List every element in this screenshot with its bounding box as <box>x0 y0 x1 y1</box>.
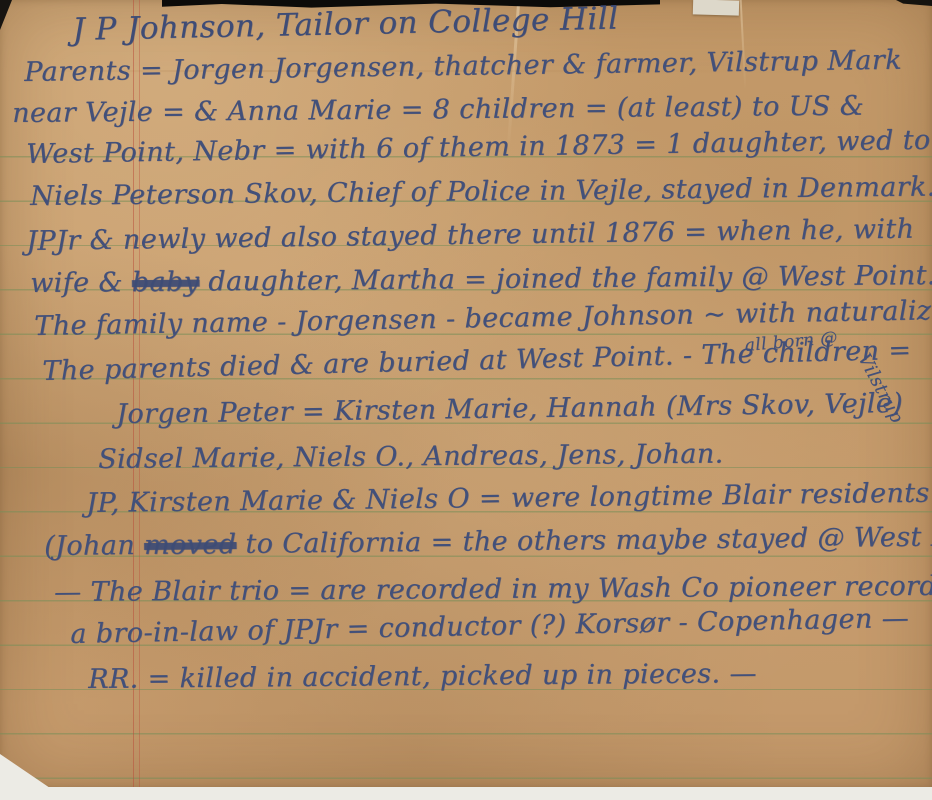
handwritten-line-13: — The Blair trio = are recorded in my Wa… <box>54 571 932 608</box>
scan-edge-bottom <box>0 787 932 800</box>
scanned-handwritten-note: J P Johnson, Tailor on College Hill Pare… <box>0 0 932 800</box>
handwritten-line-10: Sidsel Marie, Niels O., Andreas, Jens, J… <box>98 439 724 475</box>
line-text: daughter, Martha = joined the family @ W… <box>199 260 932 297</box>
line-text: wife & <box>30 267 132 299</box>
line-text: (Johan <box>44 530 144 562</box>
handwritten-line-15: RR. = killed in accident, picked up in p… <box>88 658 757 695</box>
torn-paper-tab <box>693 0 739 16</box>
scribbled-word: baby <box>132 267 200 299</box>
scribbled-word: moved <box>144 529 237 561</box>
